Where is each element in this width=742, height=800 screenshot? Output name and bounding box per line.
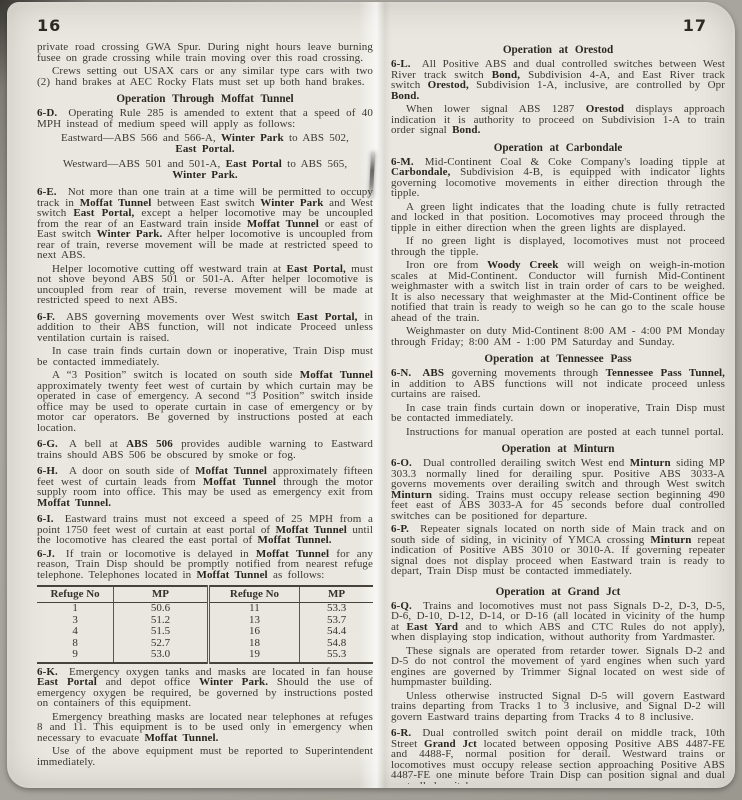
col-header-mp-2: MP [300, 586, 373, 603]
rule-6-h: 6-H. A door on south side of Moffat Tunn… [37, 466, 373, 508]
section-heading-orestod: Operation at Orestod [391, 44, 725, 56]
rule-6-d-eastward: Eastward—ABS 566 and 566-A, Winter Park … [37, 133, 373, 155]
table-row: 3 51.2 13 53.7 [37, 615, 373, 627]
rule-6-r: 6-R. Dual controlled switch point derail… [391, 728, 725, 784]
paragraph-usax-cars: Crews setting out USAX cars or any simil… [37, 66, 373, 87]
rule-6-p: 6-P. Repeater signals located on north s… [391, 524, 725, 577]
section-heading-tennessee-pass: Operation at Tennessee Pass [391, 353, 725, 365]
col-header-refuge-no-2: Refuge No [208, 586, 299, 603]
rule-6-l-signal: When lower signal ABS 1287 Orestod displ… [391, 104, 725, 136]
cell-refuge: 9 [37, 649, 114, 663]
rule-6-k: 6-K. Emergency oxygen tanks and masks ar… [37, 667, 373, 709]
rule-6-m-green-light: A green light indicates that the loading… [391, 202, 725, 234]
page-number-left: 16 [37, 16, 61, 35]
cell-mp: 53.3 [300, 603, 373, 615]
rule-6-e: 6-E. Not more than one train at a time w… [37, 187, 373, 261]
rule-6-n: 6-N. ABS governing movements through Ten… [391, 368, 725, 400]
page-left-column: private road crossing GWA Spur. During n… [37, 42, 373, 784]
refuge-telephone-table: Refuge No MP Refuge No MP 1 50.6 11 53.3… [37, 585, 373, 664]
paragraph-road-crossing: private road crossing GWA Spur. During n… [37, 42, 373, 63]
rule-6-i: 6-I. Eastward trains must not exceed a s… [37, 514, 373, 546]
section-heading-grand-jct: Operation at Grand Jct [391, 586, 725, 598]
scanned-rulebook-spread: { "left": { "page_number": "16", "blocks… [0, 0, 742, 800]
rule-6-f-3position: A “3 Position” switch is located on sout… [37, 370, 373, 433]
page-number-right: 17 [683, 16, 707, 35]
rule-6-m-no-green: If no green light is displayed, locomoti… [391, 236, 725, 257]
table-row: 4 51.5 16 54.4 [37, 626, 373, 638]
rule-6-d-westward: Westward—ABS 501 and 501-A, East Portal … [37, 159, 373, 181]
table-row: 9 53.0 19 55.3 [37, 649, 373, 663]
refuge-table-header: Refuge No MP Refuge No MP [37, 586, 373, 603]
cell-mp: 55.3 [300, 649, 373, 663]
col-header-refuge-no-1: Refuge No [37, 586, 114, 603]
rule-6-m: 6-M. Mid-Continent Coal & Coke Company's… [391, 157, 725, 199]
cell-mp: 50.6 [114, 603, 209, 615]
rule-6-n-instructions: Instructions for manual operation are po… [391, 427, 725, 438]
rule-6-k-report: Use of the above equipment must be repor… [37, 746, 373, 767]
rule-6-d: 6-D. Operating Rule 285 is amended to ex… [37, 108, 373, 129]
book-page-sheet: 16 17 private road crossing GWA Spur. Du… [7, 2, 735, 788]
section-heading-carbondale: Operation at Carbondale [391, 142, 725, 154]
rule-6-g: 6-G. A bell at ABS 506 provides audible … [37, 439, 373, 460]
rule-6-n-curtain: In case train finds curtain down or inop… [391, 403, 725, 424]
rule-6-j: 6-J. If train or locomotive is delayed i… [37, 549, 373, 581]
rule-6-q-retarder: These signals are operated from retarder… [391, 646, 725, 688]
section-heading-moffat-tunnel: Operation Through Moffat Tunnel [37, 93, 373, 105]
rule-6-q-tracks: Unless otherwise instructed Signal D-5 w… [391, 691, 725, 723]
table-row: 1 50.6 11 53.3 [37, 603, 373, 615]
rule-6-k-masks: Emergency breathing masks are located ne… [37, 712, 373, 744]
rule-6-m-iron-ore: Iron ore from Woody Creek will weigh on … [391, 260, 725, 323]
cell-mp: 53.0 [114, 649, 209, 663]
page-right-column: Operation at Orestod 6-L. All Positive A… [391, 42, 725, 784]
cell-refuge: 19 [208, 649, 299, 663]
rule-6-l: 6-L. All Positive ABS and dual controlle… [391, 59, 725, 101]
rule-6-q: 6-Q. Trains and locomotives must not pas… [391, 601, 725, 643]
rule-6-e-helper: Helper locomotive cutting off westward t… [37, 264, 373, 306]
rule-6-o: 6-O. Dual controlled derailing switch We… [391, 458, 725, 521]
table-row: 8 52.7 18 54.8 [37, 638, 373, 650]
cell-refuge: 1 [37, 603, 114, 615]
rule-6-f: 6-F. ABS governing movements over West s… [37, 312, 373, 344]
col-header-mp-1: MP [114, 586, 209, 603]
rule-6-m-weighmaster-hours: Weighmaster on duty Mid-Continent 8:00 A… [391, 326, 725, 347]
rule-6-f-curtain: In case train finds curtain down or inop… [37, 346, 373, 367]
section-heading-minturn: Operation at Minturn [391, 443, 725, 455]
cell-refuge: 11 [208, 603, 299, 615]
